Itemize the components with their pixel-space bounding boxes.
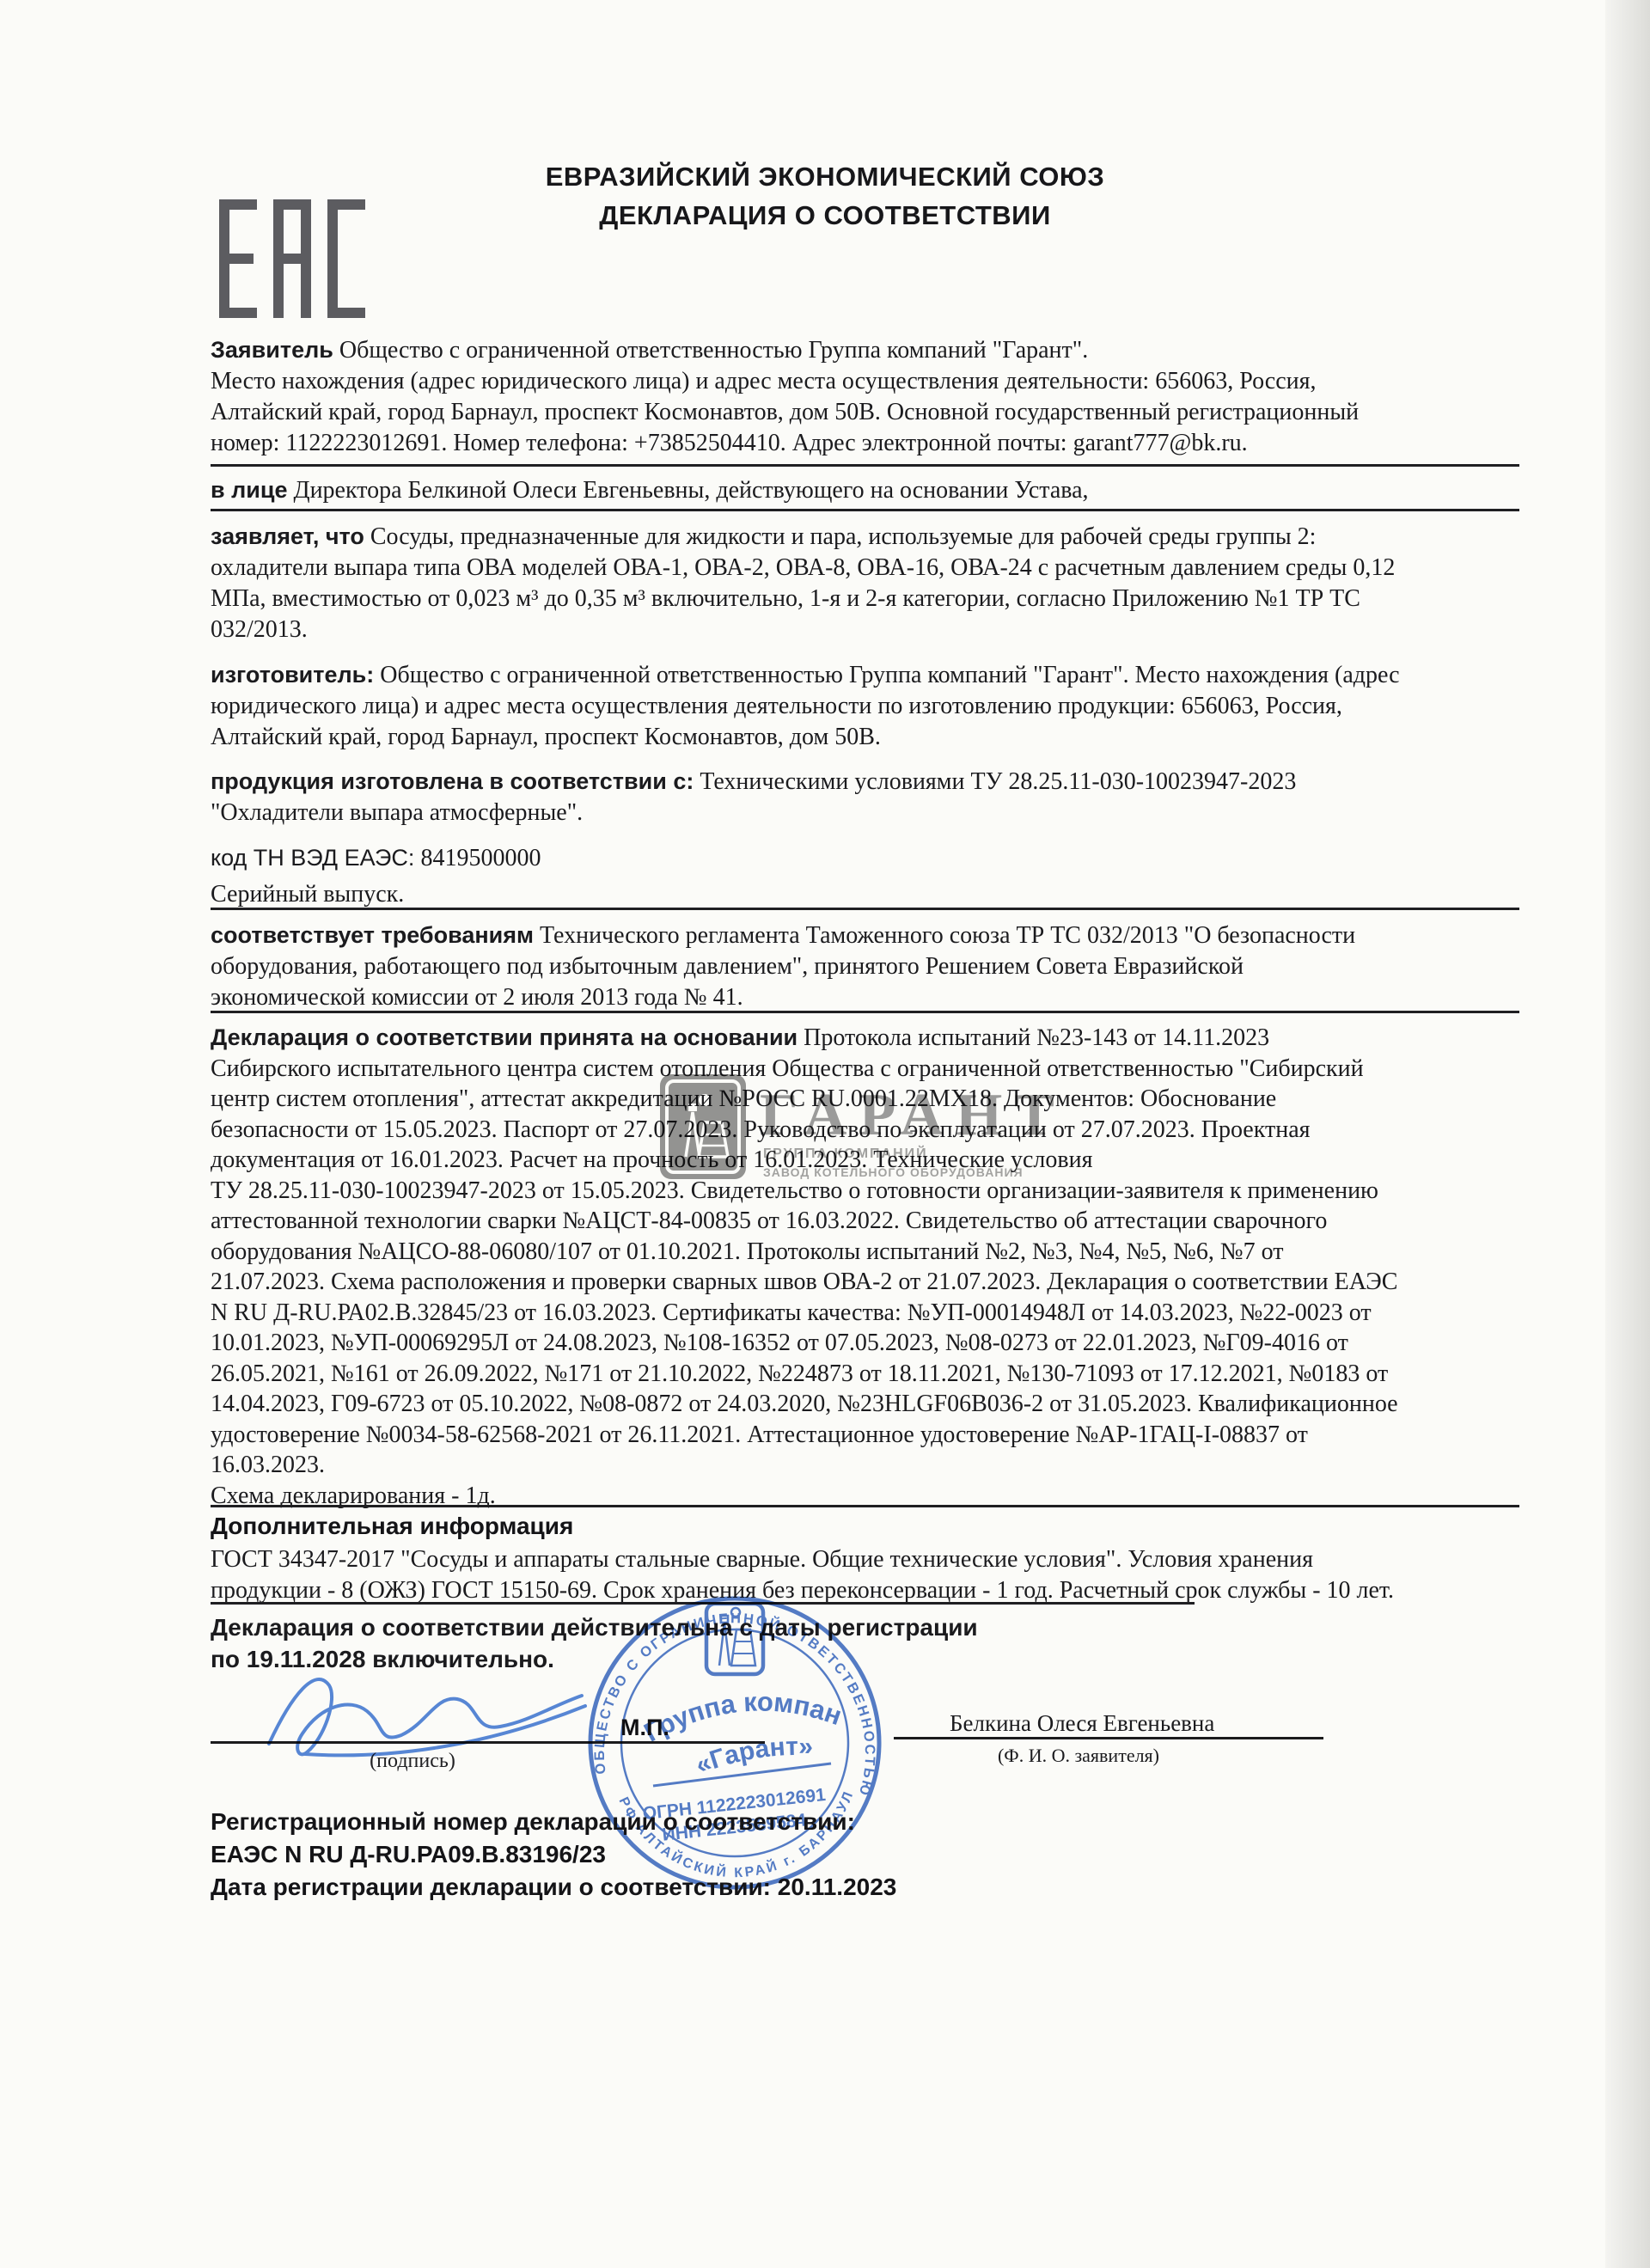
additional-info-paragraph: ГОСТ 34347-2017 "Сосуды и аппараты сталь… — [211, 1544, 1525, 1606]
text-line: код ТН ВЭД ЕАЭС: 8419500000 — [211, 842, 1525, 874]
text-line: в лице Директора Белкиной Олеси Евгеньев… — [211, 474, 1525, 506]
divider-line — [211, 1602, 1195, 1605]
text-line: центр систем отопления", аттестат аккред… — [211, 1084, 1525, 1115]
paragraph-label: заявляет, что — [211, 523, 364, 549]
registration-date: Дата регистрации декларации о соответств… — [211, 1871, 896, 1904]
text-line: Сибирского испытательного центра систем … — [211, 1054, 1525, 1085]
paragraph-label: соответствует требованиям — [211, 922, 534, 948]
text-line: заявляет, что Сосуды, предназначенные дл… — [211, 521, 1525, 553]
text-line: 26.05.2021, №161 от 26.09.2022, №171 от … — [211, 1359, 1525, 1390]
paragraph-label: Декларация о соответствии принята на осн… — [211, 1024, 797, 1050]
produced-according-paragraph: продукция изготовлена в соответствии с: … — [211, 766, 1525, 828]
manufacturer-paragraph: изготовитель: Общество с ограниченной от… — [211, 659, 1525, 753]
signature-line-left — [211, 1741, 765, 1744]
declaration-document-page: ЕВРАЗИЙСКИЙ ЭКОНОМИЧЕСКИЙ СОЮЗ ДЕКЛАРАЦИ… — [0, 0, 1650, 2268]
applicant-name: Белкина Олеся Евгеньевна — [950, 1710, 1214, 1737]
text-line: номер: 1122223012691. Номер телефона: +7… — [211, 428, 1525, 459]
text-line: Заявитель Общество с ограниченной ответс… — [211, 334, 1525, 366]
svg-text:«Гарант»: «Гарант» — [692, 1733, 813, 1780]
divider-line — [211, 1505, 1519, 1507]
text-line: "Охладители выпара атмосферные". — [211, 798, 1525, 828]
applicant-name-caption: (Ф. И. О. заявителя) — [937, 1745, 1220, 1767]
text-line: удостоверение №0034-58-62568-2021 от 26.… — [211, 1420, 1525, 1451]
registration-number-label: Регистрационный номер декларации о соотв… — [211, 1806, 896, 1838]
text-line: 032/2013. — [211, 614, 1525, 645]
paragraph-label: изготовитель: — [211, 662, 374, 688]
text-line: изготовитель: Общество с ограниченной от… — [211, 659, 1525, 691]
divider-line — [211, 1011, 1519, 1013]
represented-by-paragraph: в лице Директора Белкиной Олеси Евгеньев… — [211, 474, 1525, 506]
text-line: N RU Д-RU.РА02.В.32845/23 от 16.03.2023.… — [211, 1298, 1525, 1329]
document-title: ДЕКЛАРАЦИЯ О СООТВЕТСТВИИ — [0, 200, 1650, 231]
divider-line — [211, 464, 1519, 467]
text-line: безопасности от 15.05.2023. Паспорт от 2… — [211, 1115, 1525, 1146]
basis-paragraph: Декларация о соответствии принята на осн… — [211, 1023, 1525, 1511]
text-line: документация от 16.01.2023. Расчет на пр… — [211, 1145, 1525, 1176]
registration-block: Регистрационный номер декларации о соотв… — [211, 1806, 896, 1904]
declares-paragraph: заявляет, что Сосуды, предназначенные дл… — [211, 521, 1525, 645]
text-line: охладители выпара типа ОВА моделей ОВА-1… — [211, 553, 1525, 584]
serial-production-paragraph: Серийный выпуск. — [211, 879, 1525, 910]
validity-paragraph: Декларация о соответствии действительна … — [211, 1611, 1525, 1675]
divider-line — [211, 908, 1519, 910]
seal-place-label: М.П. — [620, 1715, 669, 1741]
text-line: Серийный выпуск. — [211, 879, 1525, 910]
paragraph-label: в лице — [211, 477, 287, 503]
text-line: экономической комиссии от 2 июля 2013 го… — [211, 982, 1525, 1013]
text-line: ГОСТ 34347-2017 "Сосуды и аппараты сталь… — [211, 1544, 1525, 1575]
text-line: МПа, вместимостью от 0,023 м³ до 0,35 м³… — [211, 584, 1525, 614]
scan-edge-shadow — [1605, 0, 1650, 2268]
divider-line — [211, 509, 1519, 511]
text-line: 16.03.2023. — [211, 1450, 1525, 1481]
text-line: оборудования №АЦСО-88-06080/107 от 01.10… — [211, 1237, 1525, 1268]
signature-line-right — [894, 1737, 1323, 1739]
signature-caption: (подпись) — [309, 1750, 516, 1773]
union-title: ЕВРАЗИЙСКИЙ ЭКОНОМИЧЕСКИЙ СОЮЗ — [0, 162, 1650, 193]
text-line: оборудования, работающего под избыточным… — [211, 951, 1525, 982]
text-line: соответствует требованиям Технического р… — [211, 920, 1525, 951]
text-line: Декларация о соответствии принята на осн… — [211, 1023, 1525, 1054]
text-line: по 19.11.2028 включительно. — [211, 1643, 1525, 1675]
text-line: Место нахождения (адрес юридического лиц… — [211, 366, 1525, 397]
text-line: Декларация о соответствии действительна … — [211, 1611, 1525, 1643]
applicant-paragraph: Заявитель Общество с ограниченной ответс… — [211, 334, 1525, 459]
complies-with-paragraph: соответствует требованиям Технического р… — [211, 920, 1525, 1013]
text-line: ТУ 28.25.11-030-10023947-2023 от 15.05.2… — [211, 1176, 1525, 1207]
paragraph-label: код ТН ВЭД ЕАЭС: — [211, 845, 414, 871]
text-line: продукция изготовлена в соответствии с: … — [211, 766, 1525, 798]
text-line: аттестованной технологии сварки №АЦСТ-84… — [211, 1206, 1525, 1237]
text-line: Алтайский край, город Барнаул, проспект … — [211, 397, 1525, 428]
text-line: юридического лица) и адрес места осущест… — [211, 691, 1525, 722]
additional-info-heading: Дополнительная информация — [211, 1513, 573, 1540]
paragraph-label: продукция изготовлена в соответствии с: — [211, 768, 694, 794]
tnved-code-paragraph: код ТН ВЭД ЕАЭС: 8419500000 — [211, 842, 1525, 874]
text-line: Алтайский край, город Барнаул, проспект … — [211, 722, 1525, 753]
stamp-garant-text: «Гарант» — [692, 1733, 813, 1780]
paragraph-label: Заявитель — [211, 337, 333, 363]
text-line: 21.07.2023. Схема расположения и проверк… — [211, 1267, 1525, 1298]
registration-number-value: ЕАЭС N RU Д-RU.РА09.В.83196/23 — [211, 1838, 896, 1871]
text-line: 10.01.2023, №УП-00069295Л от 24.08.2023,… — [211, 1328, 1525, 1359]
text-line: 14.04.2023, Г09-6723 от 05.10.2022, №08-… — [211, 1389, 1525, 1420]
